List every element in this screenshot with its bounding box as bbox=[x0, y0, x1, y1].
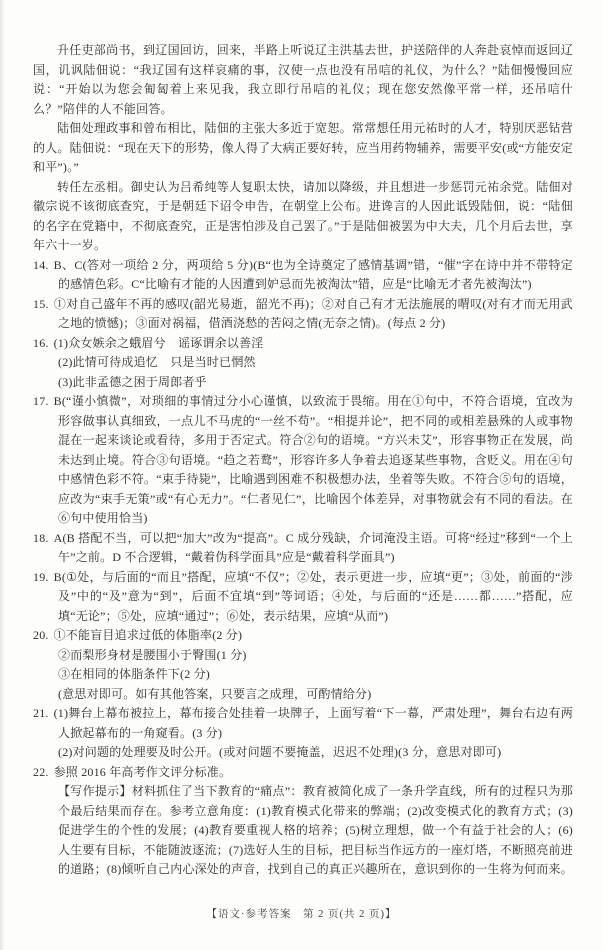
item-number: 18. bbox=[33, 531, 54, 545]
answer-line: 20.①不能盲目追求过低的体脂率(2 分) bbox=[58, 626, 573, 646]
answer-line: (2)对问题的处理要及时公开。(或对问题不要掩盖，迟迟不处理)(3 分，意思对即… bbox=[58, 743, 573, 763]
answer-text: B(“谨小慎微”，对琐细的事情过分小心谨慎，以致流于畏缩。用在①句中，不符合语境… bbox=[54, 394, 573, 525]
answer-item-19: 19.B(①处，与后面的“而且”搭配，应填“不仅”；②处，表示更进一步，应填“更… bbox=[33, 568, 573, 627]
answer-item-17: 17.B(“谨小慎微”，对琐细的事情过分小心谨慎，以致流于畏缩。用在①句中，不符… bbox=[33, 392, 573, 529]
answer-text: (1)众女嫉余之蛾眉兮 谣诼谓余以善淫 bbox=[54, 336, 264, 350]
answer-line: (意思对即可。如有其他答案，只要言之成理，可酌情给分) bbox=[58, 685, 573, 705]
answer-item-21: 21.(1)舞台上幕布被拉上，幕布接合处挂着一块牌子，上面写着“下一幕，严肃处理… bbox=[33, 704, 573, 763]
item-number: 14. bbox=[33, 258, 54, 272]
answer-line: 14.B、C(答对一项给 2 分，两项给 5 分)(B“也为全诗奠定了感情基调”… bbox=[58, 256, 573, 295]
answer-item-20: 20.①不能盲目追求过低的体脂率(2 分) ②而梨形身材是腰围小于臀围(1 分)… bbox=[33, 626, 573, 704]
document-page: 升任吏部尚书，到辽国回访，回来，半路上听说辽主洪基去世，护送陪伴的人奔赴哀悼而返… bbox=[0, 0, 603, 950]
answer-line: 18.A(B 搭配不当，可以把“加大”改为“提高”。C 成分残缺，介词淹没主语。… bbox=[58, 529, 573, 568]
answer-line: ②而梨形身材是腰围小于臀围(1 分) bbox=[58, 646, 573, 666]
item-number: 19. bbox=[33, 570, 54, 584]
answer-line: 22.参照 2016 年高考作文评分标准。 bbox=[58, 763, 573, 783]
answer-text: (1)舞台上幕布被拉上，幕布接合处挂着一块牌子，上面写着“下一幕，严肃处理”，舞… bbox=[54, 706, 573, 740]
answer-text: ①不能盲目追求过低的体脂率(2 分) bbox=[54, 628, 243, 642]
answer-text: ①对自己盛年不再的感叹(韶光易逝，韶光不再)；②对自己有才无法施展的喟叹(对有才… bbox=[54, 297, 573, 331]
item-number: 17. bbox=[33, 394, 54, 408]
answer-item-14: 14.B、C(答对一项给 2 分，两项给 5 分)(B“也为全诗奠定了感情基调”… bbox=[33, 256, 573, 295]
answer-line: 19.B(①处，与后面的“而且”搭配，应填“不仅”；②处，表示更进一步，应填“更… bbox=[58, 568, 573, 627]
answer-text: A(B 搭配不当，可以把“加大”改为“提高”。C 成分残缺，介词淹没主语。可将“… bbox=[54, 531, 573, 565]
translation-paragraph: 转任左丞相。御史认为吕希纯等人复职太快，请加以降级，并且想进一步惩罚元祐余党。陆… bbox=[33, 178, 573, 256]
answer-line: (2)此情可待成追忆 只是当时已惘然 bbox=[58, 353, 573, 373]
item-number: 15. bbox=[33, 297, 54, 311]
answer-text: B(①处，与后面的“而且”搭配，应填“不仅”；②处，表示更进一步，应填“更”；③… bbox=[54, 570, 573, 623]
answer-line: 15.①对自己盛年不再的感叹(韶光易逝，韶光不再)；②对自己有才无法施展的喟叹(… bbox=[58, 295, 573, 334]
answer-line: 17.B(“谨小慎微”，对琐细的事情过分小心谨慎，以致流于畏缩。用在①句中，不符… bbox=[58, 392, 573, 529]
answer-line: ③在相同的体脂条件下(2 分) bbox=[58, 665, 573, 685]
writing-hint-paragraph: 【写作提示】材料抓住了当下教育的“痛点”：教育被简化成了一条升学直线，所有的过程… bbox=[58, 782, 573, 880]
answer-item-18: 18.A(B 搭配不当，可以把“加大”改为“提高”。C 成分残缺，介词淹没主语。… bbox=[33, 529, 573, 568]
answer-item-22: 22.参照 2016 年高考作文评分标准。 【写作提示】材料抓住了当下教育的“痛… bbox=[33, 763, 573, 880]
answer-text: B、C(答对一项给 2 分，两项给 5 分)(B“也为全诗奠定了感情基调”错，“… bbox=[54, 258, 573, 292]
item-number: 16. bbox=[33, 336, 54, 350]
item-number: 20. bbox=[33, 628, 54, 642]
scan-edge-shadow bbox=[0, 0, 5, 950]
answer-item-16: 16.(1)众女嫉余之蛾眉兮 谣诼谓余以善淫 (2)此情可待成追忆 只是当时已惘… bbox=[33, 334, 573, 393]
item-number: 22. bbox=[33, 765, 54, 779]
answer-text: 参照 2016 年高考作文评分标准。 bbox=[54, 765, 232, 779]
answer-item-15: 15.①对自己盛年不再的感叹(韶光易逝，韶光不再)；②对自己有才无法施展的喟叹(… bbox=[33, 295, 573, 334]
answer-key-content: 升任吏部尚书，到辽国回访，回来，半路上听说辽主洪基去世，护送陪伴的人奔赴哀悼而返… bbox=[33, 41, 573, 880]
translation-paragraph: 升任吏部尚书，到辽国回访，回来，半路上听说辽主洪基去世，护送陪伴的人奔赴哀悼而返… bbox=[33, 41, 573, 119]
answer-line: 21.(1)舞台上幕布被拉上，幕布接合处挂着一块牌子，上面写着“下一幕，严肃处理… bbox=[58, 704, 573, 743]
answer-line: (3)此非孟德之困于周郎者乎 bbox=[58, 373, 573, 393]
translation-paragraph: 陆佃处理政事和曾布相比，陆佃的主张大多近于宽恕。常常想任用元祐时的人才，特别厌恶… bbox=[33, 119, 573, 178]
item-number: 21. bbox=[33, 706, 54, 720]
answer-line: 16.(1)众女嫉余之蛾眉兮 谣诼谓余以善淫 bbox=[58, 334, 573, 354]
page-footer: 【语文·参考答案 第 2 页(共 2 页)】 bbox=[0, 906, 603, 921]
